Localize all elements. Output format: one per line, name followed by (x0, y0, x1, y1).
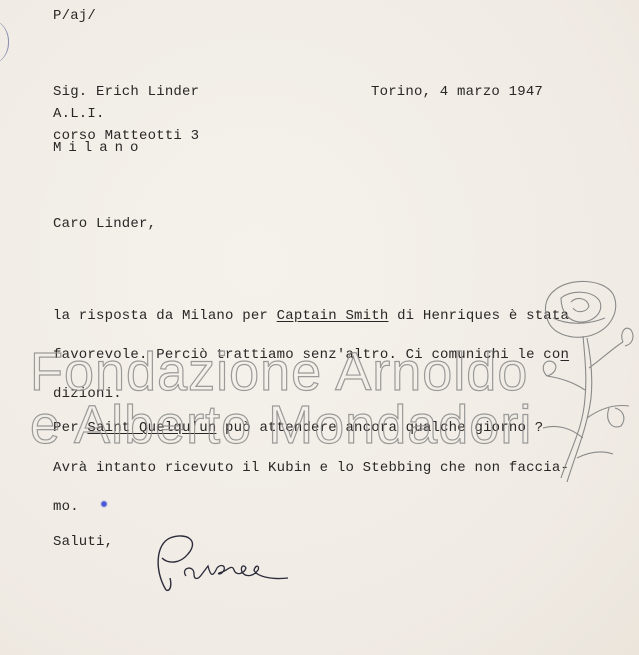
closing: Saluti, (53, 534, 113, 550)
body-line-6: mo. (53, 499, 79, 515)
reference-code: P/aj/ (53, 8, 96, 24)
recipient-org: A.L.I. (53, 106, 105, 122)
body-line-5: Avrà intanto ricevuto il Kubin e lo Steb… (53, 460, 569, 476)
salutation: Caro Linder, (53, 216, 156, 232)
rose-watermark-icon (525, 278, 639, 488)
watermark-line-1: Fondazione Arnoldo (30, 345, 528, 399)
body-line-1: la risposta da Milano per Captain Smith … (53, 308, 569, 324)
recipient-name: Sig. Erich Linder (53, 84, 199, 100)
place-date: Torino, 4 marzo 1947 (371, 84, 543, 100)
watermark-line-2: e Alberto Mondadori (30, 398, 532, 452)
book-title-captain-smith: Captain Smith (277, 308, 389, 324)
ink-spot (101, 501, 107, 507)
signature-pavese (148, 530, 308, 600)
recipient-city: Milano (53, 140, 145, 156)
text: la risposta da Milano per (53, 308, 277, 324)
